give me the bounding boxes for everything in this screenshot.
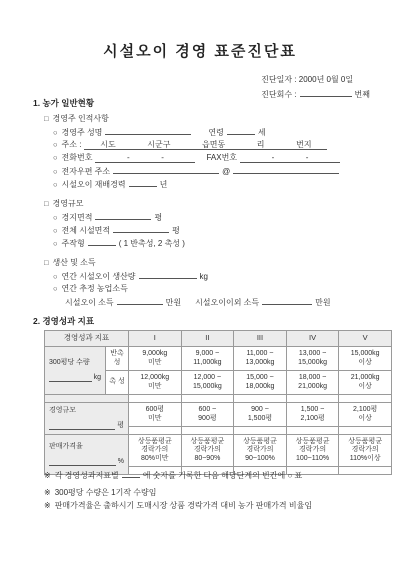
group-scale-label: 경영규모 bbox=[53, 199, 84, 208]
email-label: 전자우편 주소 bbox=[62, 167, 111, 176]
table-cell: 600 ~900평 bbox=[181, 403, 234, 427]
yield-label-cell: 300평당 수량 kg bbox=[45, 347, 106, 395]
corner-header: 경영성과 지표 bbox=[45, 331, 129, 347]
mark-cell bbox=[339, 395, 392, 403]
footnote-1-post: 에 숫자를 기록한 다음 해당단계의 빈칸에 ○ 표 bbox=[143, 471, 303, 480]
group-owner-label: 경영주 인적사항 bbox=[53, 114, 109, 123]
fax-label: FAX번호 bbox=[206, 153, 237, 162]
grade-header-1: I bbox=[129, 331, 182, 347]
document-page: 시설오이 경영 표준진단표 진단일자 : 2000년 0월 0일 진단회수 :번… bbox=[0, 0, 400, 566]
section1-heading: 1. 농가 일반현황 bbox=[33, 97, 343, 110]
age-label: 연령 bbox=[208, 128, 223, 137]
table-header-row: 경영성과 지표 I II III IV V bbox=[45, 331, 392, 347]
career-label: 시설오이 재배경력 bbox=[62, 180, 126, 189]
table-cell: 2,100평이상 bbox=[339, 403, 392, 427]
mark-cell bbox=[181, 427, 234, 435]
scale-label: 경영규모 bbox=[49, 407, 124, 416]
section2-heading: 2. 경영성과 지표 bbox=[33, 315, 94, 328]
phone-blank: -- bbox=[95, 153, 195, 163]
footnote-2: ※300평당 수량은 1기작 수량임 bbox=[44, 486, 312, 499]
income-detail-line: 시설오이 소득만원시설오이이외 소득만원 bbox=[65, 295, 343, 308]
group-production-title: □생산 및 소득 bbox=[44, 256, 343, 269]
mark-cell bbox=[286, 395, 339, 403]
crop-type-options: ( 1 반촉성, 2 촉성 ) bbox=[119, 239, 185, 248]
crop-type-label: 주작형 bbox=[62, 239, 85, 248]
address-blank: 시도시군구읍면동리번지 bbox=[84, 140, 327, 150]
addr-eupmyeondong: 읍면동 bbox=[202, 140, 225, 149]
income-label: 연간 추정 농업소득 bbox=[62, 284, 128, 293]
circle-icon: ○ bbox=[53, 151, 58, 164]
section-farm-overview: 1. 농가 일반현황 □경영주 인적사항 ○경영주 성명연령세 ○주소 :시도시… bbox=[33, 97, 343, 308]
price-blank bbox=[49, 456, 116, 466]
scale-label-cell: 경영규모 평 bbox=[45, 403, 129, 435]
table-cell: 9,000kg미만 bbox=[129, 347, 182, 371]
addr-sido: 시도 bbox=[100, 140, 115, 149]
table-cell: 900 ~1,500평 bbox=[234, 403, 287, 427]
circle-icon: ○ bbox=[53, 237, 58, 250]
reference-mark-icon: ※ bbox=[44, 501, 51, 510]
addr-sigungu: 시군구 bbox=[147, 140, 170, 149]
dash: - bbox=[161, 153, 164, 162]
performance-table: 경영성과 지표 I II III IV V 300평당 수량 kg 반촉성 9,… bbox=[44, 330, 392, 475]
section-performance: 2. 경영성과 지표 bbox=[33, 315, 94, 328]
mark-cell bbox=[234, 395, 287, 403]
table-cell: 상등품평균경락가의90~100% bbox=[234, 435, 287, 467]
yield-blank bbox=[49, 372, 92, 382]
land-area-unit: 평 bbox=[154, 213, 162, 222]
mark-cell bbox=[286, 427, 339, 435]
diagnosis-date-value: 2000년 0월 0일 bbox=[299, 75, 353, 84]
grade-header-5: V bbox=[339, 331, 392, 347]
checkbox-icon: □ bbox=[44, 197, 49, 210]
yield-label: 300평당 수량 bbox=[49, 359, 101, 368]
production-line: ○연간 시설오이 생산량kg bbox=[53, 269, 343, 282]
table-cell: 12,000 ~15,000kg bbox=[181, 371, 234, 395]
cucumber-income-blank bbox=[117, 295, 163, 305]
facility-area-unit: 평 bbox=[172, 226, 180, 235]
mark-cell bbox=[339, 467, 392, 475]
other-income-unit: 만원 bbox=[315, 298, 330, 307]
table-cell: 11,000 ~13,000kg bbox=[234, 347, 287, 371]
scale-row: 경영규모 평 600평미만 600 ~900평 900 ~1,500평 1,50… bbox=[45, 403, 392, 427]
crop-type-line: ○주작형( 1 반촉성, 2 촉성 ) bbox=[53, 236, 343, 249]
footnotes: ※각 경영성과지표별에 숫자를 기록한 다음 해당단계의 빈칸에 ○ 표 ※30… bbox=[44, 468, 312, 512]
land-area-blank bbox=[95, 210, 151, 220]
group-production: □생산 및 소득 ○연간 시설오이 생산량kg ○연간 추정 농업소득 시설오이… bbox=[33, 256, 343, 308]
phone-label: 전화번호 bbox=[62, 153, 93, 162]
diagnosis-count-blank bbox=[300, 87, 352, 97]
mark-cell bbox=[339, 427, 392, 435]
facility-area-label: 전체 시설면적 bbox=[62, 226, 111, 235]
fax-blank: -- bbox=[240, 153, 340, 163]
scale-unit: 평 bbox=[117, 422, 124, 431]
mark-cell bbox=[129, 395, 182, 403]
production-unit: kg bbox=[200, 272, 208, 281]
grade-header-4: IV bbox=[286, 331, 339, 347]
dash: - bbox=[127, 153, 130, 162]
diagnosis-date-line: 진단일자 : 2000년 0월 0일 bbox=[261, 73, 370, 87]
crop-type-blank bbox=[88, 236, 116, 246]
production-label: 연간 시설오이 생산량 bbox=[62, 272, 136, 281]
footnote-1-pre: 각 경영성과지표별 bbox=[55, 471, 119, 480]
circle-icon: ○ bbox=[53, 138, 58, 151]
land-area-label: 경지면적 bbox=[62, 213, 93, 222]
table-cell: 상등품평균경락가의100~110% bbox=[286, 435, 339, 467]
table-cell: 15,000kg이상 bbox=[339, 347, 392, 371]
price-ratio-row: 판매가격율 % 상등품평균경락가의80%미만 상등품평균경락가의80~90% 상… bbox=[45, 435, 392, 467]
table-cell: 상등품평균경락가의110%이상 bbox=[339, 435, 392, 467]
at-sign: @ bbox=[222, 167, 230, 176]
owner-name-blank bbox=[105, 125, 191, 135]
mark-cell-empty bbox=[45, 395, 129, 403]
price-unit-line: % bbox=[49, 456, 124, 466]
reference-mark-icon: ※ bbox=[44, 488, 51, 497]
footnote-3-text: 판매가격율은 출하시기 도매시장 상품 경락가격 대비 농가 판매가격 비율임 bbox=[55, 501, 312, 510]
address-label: 주소 : bbox=[62, 140, 82, 149]
dash: - bbox=[272, 153, 275, 162]
diagnosis-count-suffix: 번째 bbox=[355, 90, 370, 99]
production-blank bbox=[139, 269, 197, 279]
page-title: 시설오이 경영 표준진단표 bbox=[0, 40, 400, 61]
group-production-label: 생산 및 소득 bbox=[53, 258, 96, 267]
scale-blank bbox=[49, 420, 115, 430]
email-local-blank bbox=[113, 164, 219, 174]
facility-area-blank bbox=[113, 223, 169, 233]
career-unit: 년 bbox=[160, 180, 168, 189]
table-cell: 13,000 ~15,000kg bbox=[286, 347, 339, 371]
group-scale-title: □경영규모 bbox=[44, 197, 343, 210]
footnote-1: ※각 경영성과지표별에 숫자를 기록한 다음 해당단계의 빈칸에 ○ 표 bbox=[44, 468, 312, 482]
yield-unit-line: kg bbox=[49, 372, 101, 382]
footnote-2-text: 300평당 수량은 1기작 수량임 bbox=[55, 488, 157, 497]
subtype-forced: 촉 성 bbox=[106, 371, 129, 395]
addr-ri: 리 bbox=[257, 140, 265, 149]
table-cell: 18,000 ~21,000kg bbox=[286, 371, 339, 395]
age-blank bbox=[227, 125, 255, 135]
email-domain-blank bbox=[233, 164, 339, 174]
group-owner-title: □경영주 인적사항 bbox=[44, 112, 343, 125]
footnote-3: ※판매가격율은 출하시기 도매시장 상품 경락가격 대비 농가 판매가격 비율임 bbox=[44, 499, 312, 512]
circle-icon: ○ bbox=[53, 282, 58, 295]
yield-unit: kg bbox=[94, 374, 101, 383]
price-label: 판매가격율 bbox=[49, 443, 124, 452]
table-cell: 600평미만 bbox=[129, 403, 182, 427]
table-cell: 12,000kg미만 bbox=[129, 371, 182, 395]
email-line: ○전자우편 주소@ bbox=[53, 164, 343, 177]
circle-icon: ○ bbox=[53, 178, 58, 191]
checkbox-icon: □ bbox=[44, 256, 49, 269]
table-cell: 상등품평균경락가의80~90% bbox=[181, 435, 234, 467]
mark-cell bbox=[234, 427, 287, 435]
cucumber-income-unit: 만원 bbox=[166, 298, 181, 307]
performance-table-wrap: 경영성과 지표 I II III IV V 300평당 수량 kg 반촉성 9,… bbox=[44, 330, 392, 475]
income-line: ○연간 추정 농업소득 bbox=[53, 282, 343, 295]
subtype-semiforced: 반촉성 bbox=[106, 347, 129, 371]
table-cell: 21,000kg이상 bbox=[339, 371, 392, 395]
diagnosis-date-label: 진단일자 : bbox=[261, 75, 296, 84]
cucumber-income-label: 시설오이 소득 bbox=[65, 298, 114, 307]
mark-cell bbox=[181, 395, 234, 403]
footnote-1-blank bbox=[122, 468, 140, 478]
facility-area-line: ○전체 시설면적평 bbox=[53, 223, 343, 236]
reference-mark-icon: ※ bbox=[44, 471, 51, 480]
career-blank bbox=[129, 177, 157, 187]
price-unit: % bbox=[118, 458, 124, 467]
mark-cell bbox=[129, 427, 182, 435]
group-scale: □경영규모 ○경지면적평 ○전체 시설면적평 ○주작형( 1 반촉성, 2 촉성… bbox=[33, 197, 343, 249]
table-cell: 15,000 ~18,000kg bbox=[234, 371, 287, 395]
table-cell: 상등품평균경락가의80%미만 bbox=[129, 435, 182, 467]
checkbox-icon: □ bbox=[44, 112, 49, 125]
table-cell: 9,000 ~11,000kg bbox=[181, 347, 234, 371]
addr-beonji: 번지 bbox=[296, 140, 311, 149]
scale-unit-line: 평 bbox=[49, 420, 124, 430]
yield-mark-row bbox=[45, 395, 392, 403]
owner-name-line: ○경영주 성명연령세 bbox=[53, 125, 343, 138]
address-line: ○주소 :시도시군구읍면동리번지 bbox=[53, 138, 343, 151]
grade-header-3: III bbox=[234, 331, 287, 347]
age-unit: 세 bbox=[258, 128, 266, 137]
dash: - bbox=[306, 153, 309, 162]
other-income-blank bbox=[262, 295, 312, 305]
other-income-label: 시설오이이외 소득 bbox=[195, 298, 259, 307]
group-owner-info: □경영주 인적사항 ○경영주 성명연령세 ○주소 :시도시군구읍면동리번지 ○전… bbox=[33, 112, 343, 190]
career-line: ○시설오이 재배경력년 bbox=[53, 177, 343, 190]
owner-name-label: 경영주 성명 bbox=[62, 128, 103, 137]
table-cell: 1,500 ~2,100평 bbox=[286, 403, 339, 427]
phone-line: ○전화번호--FAX번호-- bbox=[53, 151, 343, 164]
grade-header-2: II bbox=[181, 331, 234, 347]
yield-semiforced-row: 300평당 수량 kg 반촉성 9,000kg미만 9,000 ~11,000k… bbox=[45, 347, 392, 371]
land-area-line: ○경지면적평 bbox=[53, 210, 343, 223]
